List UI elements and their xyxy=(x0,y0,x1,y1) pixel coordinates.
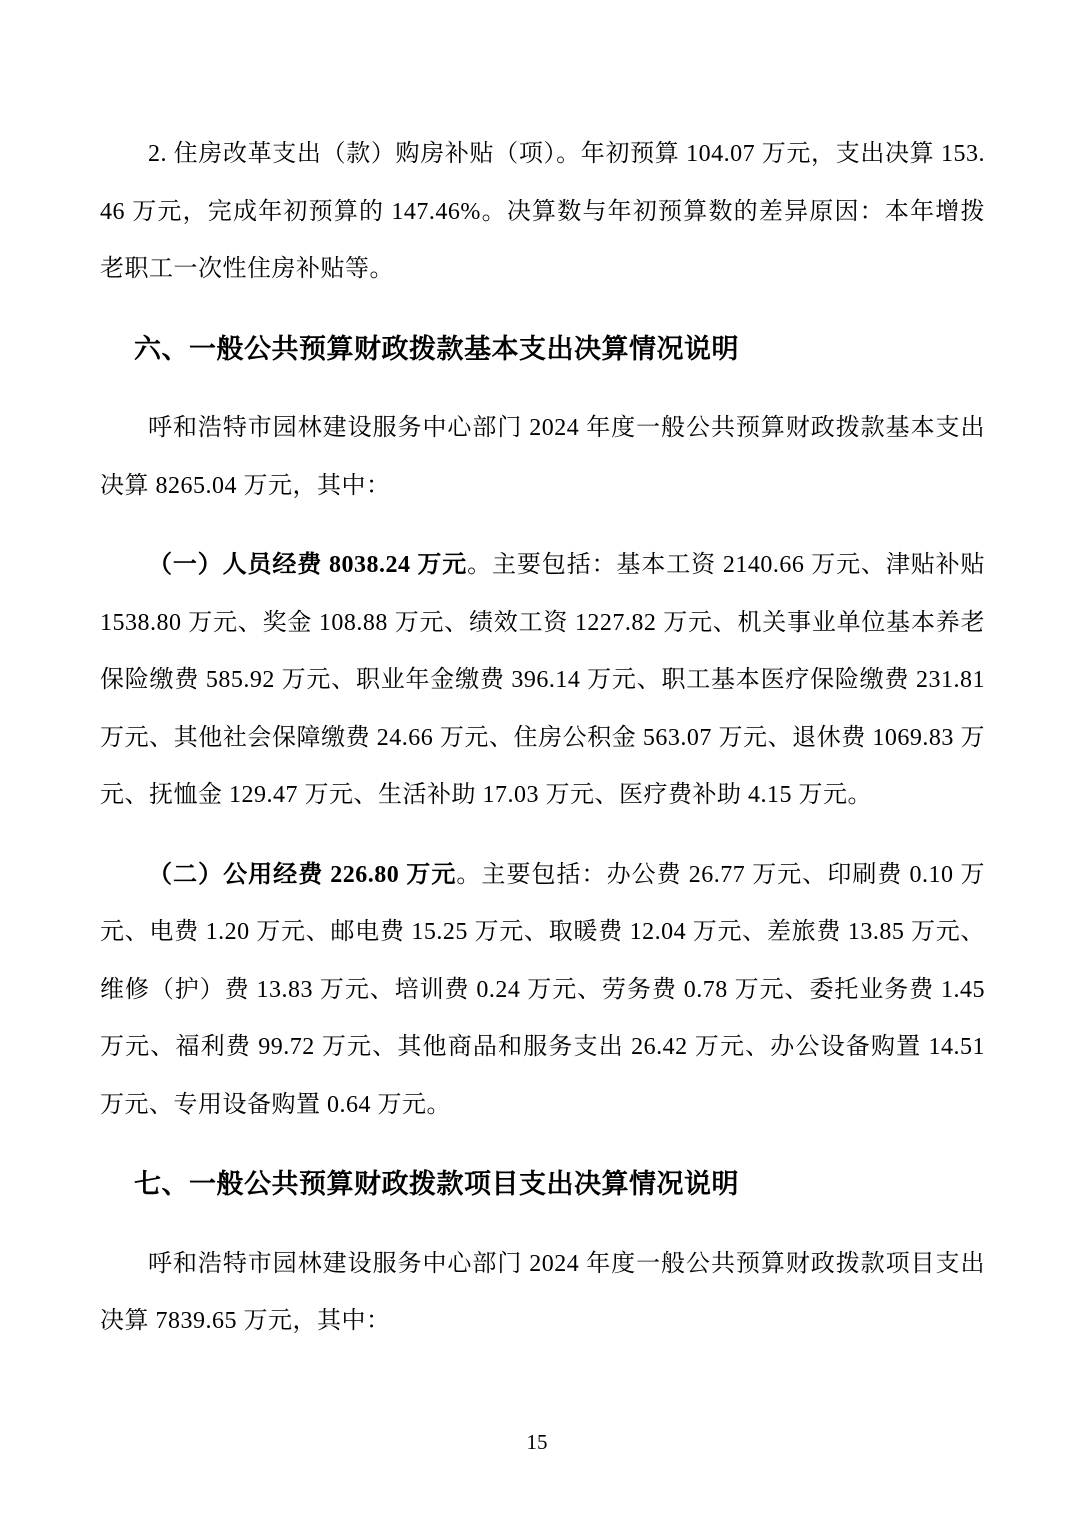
para-personnel-expense: （一）人员经费 8038.24 万元。主要包括：基本工资 2140.66 万元、… xyxy=(100,537,985,825)
page-number: 15 xyxy=(0,1428,1074,1456)
document-page: 2. 住房改革支出（款）购房补贴（项）。年初预算 104.07 万元，支出决算 … xyxy=(0,0,1074,1520)
public-expense-lead: （二）公用经费 226.80 万元 xyxy=(148,862,456,888)
section-heading-six: 六、一般公共预算财政拨款基本支出决算情况说明 xyxy=(100,321,985,379)
para-basic-expenditure-total: 呼和浩特市园林建设服务中心部门 2024 年度一般公共预算财政拨款基本支出决算 … xyxy=(100,400,985,515)
personnel-expense-detail: 。主要包括：基本工资 2140.66 万元、津贴补贴 1538.80 万元、奖金… xyxy=(100,552,985,808)
para-public-expense: （二）公用经费 226.80 万元。主要包括：办公费 26.77 万元、印刷费 … xyxy=(100,847,985,1135)
public-expense-detail: 。主要包括：办公费 26.77 万元、印刷费 0.10 万元、电费 1.20 万… xyxy=(100,862,985,1118)
section-heading-seven: 七、一般公共预算财政拨款项目支出决算情况说明 xyxy=(100,1156,985,1214)
para-housing-reform-expenditure: 2. 住房改革支出（款）购房补贴（项）。年初预算 104.07 万元，支出决算 … xyxy=(100,126,985,299)
personnel-expense-lead: （一）人员经费 8038.24 万元 xyxy=(148,552,467,578)
para-project-expenditure-total: 呼和浩特市园林建设服务中心部门 2024 年度一般公共预算财政拨款项目支出决算 … xyxy=(100,1236,985,1351)
